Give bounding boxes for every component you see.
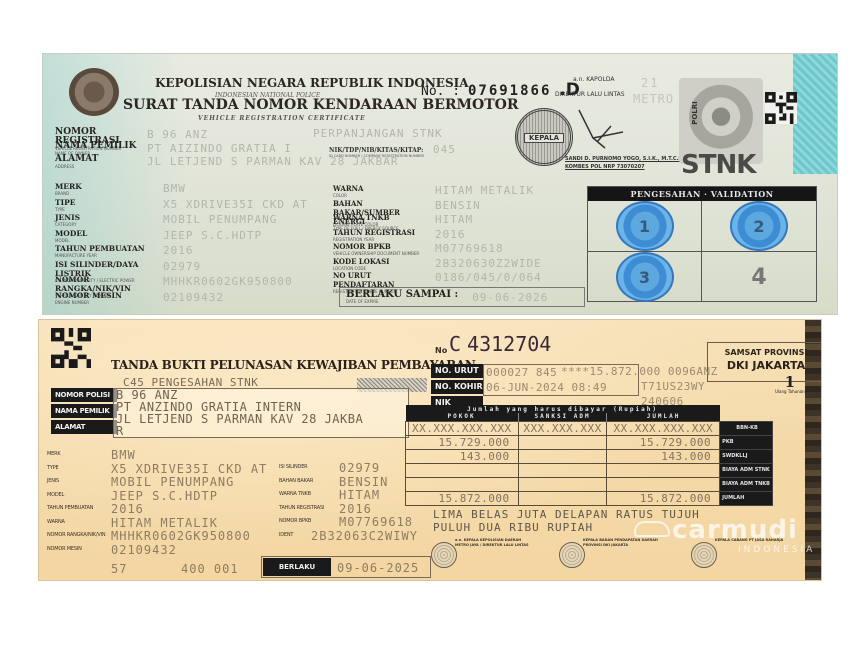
field-value: B 96 ANZ: [147, 128, 208, 141]
vehicle-value: 02979: [339, 461, 380, 475]
cell-jumlah: 143.000: [607, 449, 720, 463]
field-label: MODELMODEL: [55, 229, 157, 243]
payment-table: Jumlah yang harus dibayar (Rupiah) POKOK…: [405, 405, 773, 506]
qr-code-icon: [51, 328, 91, 368]
cell-sanksi: [518, 477, 607, 491]
cell-category: BBN-KB: [720, 421, 773, 435]
cell-jumlah: [607, 477, 720, 491]
column-sanksi: SANKSI ADM: [518, 413, 607, 421]
field-label: TAHUN PEMBUATANMANUFACTURE YEAR: [55, 244, 157, 258]
cell-jumlah: 15.872.000: [607, 491, 720, 505]
vehicle-value: 2016: [111, 502, 144, 516]
vehicle-value: X5 XDRIVE35I CKD AT: [111, 462, 267, 476]
vehicle-label: TAHUN PEMBUATAN: [47, 505, 93, 511]
cell-pokok: [406, 477, 519, 491]
vehicle-value: 2B32063C2WIWY: [311, 529, 418, 543]
payment-table-banner: Jumlah yang harus dibayar (Rupiah): [406, 405, 720, 413]
vehicle-value: HITAM: [339, 488, 380, 502]
field-value: 2B320630Z2WIDE: [435, 257, 542, 270]
vehicle-value: M07769618: [339, 515, 413, 529]
vehicle-field: KODE LOKASILOCATION CODE 2B320630Z2WIDE: [333, 257, 542, 271]
no-kohir-value: 06-JUN-2024 08:49: [484, 380, 638, 395]
label-nomor-polisi: NOMOR POLISI: [51, 388, 117, 402]
validation-stamp-icon: 3: [616, 252, 674, 302]
issuing-official: a.n. KAPOLDA DIREKTUR LALU LINTAS: [555, 76, 625, 98]
field-label: KODE LOKASILOCATION CODE: [333, 257, 431, 271]
vehicle-value: MOBIL PENUMPANG: [111, 475, 234, 489]
vehicle-field: TAHUN PEMBUATANMANUFACTURE YEAR 2016: [55, 244, 194, 258]
car-icon: [634, 521, 670, 537]
field-value: X5 XDRIVE35I CKD AT: [163, 198, 308, 211]
registration-type-number: 1: [775, 375, 805, 389]
table-row: BIAYA ADM STNK: [406, 463, 773, 477]
table-row: 143.000 143.000 SWDKLLJ: [406, 449, 773, 463]
signature-revenue-agency: KEPALA BADAN PENDAPATAN DAERAH PROVINSI …: [559, 538, 669, 568]
validation-stamp-icon: 1: [616, 201, 674, 251]
cell-pokok: 143.000: [406, 449, 519, 463]
vehicle-label: IDENT: [279, 532, 293, 538]
cell-jumlah: XX.XXX.XXX.XXX: [607, 421, 720, 435]
column-jumlah: JUMLAH: [607, 413, 720, 421]
field-value: PT AIZINDO GRATIA I: [147, 142, 292, 155]
validation-cell: 2: [702, 201, 816, 252]
signature-icon: [575, 108, 635, 158]
valid-until-box: BERLAKU SAMPAI :DATE OF EXPIRE 09-06-202…: [339, 287, 585, 307]
vehicle-value: BENSIN: [339, 475, 388, 489]
cell-sanksi: [518, 463, 607, 477]
vehicle-label: NOMOR MESIN: [47, 546, 82, 552]
vehicle-value: 02109432: [111, 543, 177, 557]
validation-cell: 3: [588, 252, 702, 302]
vehicle-label: MODEL: [47, 492, 64, 498]
valid-until-value: 09-06-2026: [472, 291, 548, 304]
vehicle-field: TIPETYPE X5 XDRIVE35I CKD AT: [55, 198, 308, 212]
stamp-icon: [559, 542, 585, 568]
vehicle-field: JENISCATEGORY MOBIL PENUMPANG: [55, 213, 277, 227]
cell-sanksi: [518, 491, 607, 505]
table-row: XX.XXX.XXX.XXX XXX.XXX.XXX XX.XXX.XXX.XX…: [406, 421, 773, 435]
field-value: M07769618: [435, 242, 504, 255]
field-label: NOMOR MESINENGINE NUMBER: [55, 291, 157, 305]
field-label: JENISCATEGORY: [55, 213, 157, 227]
cell-category: BIAYA ADM TNKB: [720, 477, 773, 491]
field-value: 2016: [435, 228, 466, 241]
valid-until-value: 09-06-2025: [337, 561, 419, 575]
receipt-title: TANDA BUKTI PELUNASAN KEWAJIBAN PEMBAYAR…: [111, 358, 476, 372]
vehicle-field: NOMOR MESINENGINE NUMBER 02109432: [55, 291, 224, 305]
carmudi-watermark: carmudi INDONESIA: [672, 515, 798, 545]
samsat-line2: DKI JAKARTA: [708, 359, 822, 372]
vehicle-field: MODELMODEL JEEP S.C.HDTP: [55, 229, 262, 243]
cell-sanksi: XXX.XXX.XXX: [518, 421, 607, 435]
serial-label: No: [435, 346, 447, 355]
no-urut-extra: ****15.872.000 0096ANZ: [559, 364, 718, 379]
vehicle-label: NOMOR BPKB: [279, 518, 311, 524]
stamp-icon: [431, 542, 457, 568]
address-line-1: JL LETJEND S PARMAN KAV 28 JAKBA: [114, 413, 408, 425]
cell-pokok: 15.872.000: [406, 491, 519, 505]
valid-until-label: BERLAKU SAMPAI: [263, 558, 331, 576]
field-value: BENSIN: [435, 199, 481, 212]
vehicle-value: 2016: [339, 502, 372, 516]
vehicle-registration-certificate: KEPOLISIAN NEGARA REPUBLIK INDONESIA IND…: [42, 53, 838, 315]
vehicle-field: WARNA TNKBLICENSE PLATE COLOR HITAM: [333, 213, 473, 227]
label-alamat: ALAMAT: [51, 420, 117, 434]
footer-code-2: 400 001: [181, 562, 239, 576]
document-number-label: No. :: [421, 84, 460, 99]
cell-category: SWDKLLJ: [720, 449, 773, 463]
cell-sanksi: [518, 449, 607, 463]
security-strip: [793, 54, 837, 174]
validation-number: 4: [751, 265, 766, 290]
column-pokok: POKOK: [406, 413, 519, 421]
valid-until-label: BERLAKU SAMPAI :DATE OF EXPIRE: [346, 290, 458, 304]
field-label: TAHUN REGISTRASIREGISTRATION YEAR: [333, 228, 431, 242]
document-number-value: 07691866: [468, 83, 551, 99]
field-label: WARNACOLOR: [333, 184, 431, 198]
vehicle-label: BAHAN BAKAR: [279, 478, 313, 484]
polri-label: POLRI: [691, 101, 699, 125]
vehicle-value: BMW: [111, 448, 136, 462]
field-value: HITAM: [435, 213, 473, 226]
validation-table: PENGESAHAN · VALIDATION 1234: [587, 186, 817, 302]
validation-cell: 1: [588, 201, 702, 252]
vehicle-field: WARNACOLOR HITAM METALIK: [333, 184, 534, 198]
field-value: MHHKR0602GK950800: [163, 275, 293, 288]
cell-category: JUMLAH: [720, 491, 773, 505]
serial-value: 4312704: [467, 332, 551, 356]
table-row: 15.872.000 15.872.000 JUMLAH: [406, 491, 773, 505]
field-value: JEEP S.C.HDTP: [163, 229, 262, 242]
address-line-2: R: [114, 425, 408, 437]
vehicle-value: JEEP S.C.HDTP: [111, 489, 218, 503]
field-label: WARNA TNKBLICENSE PLATE COLOR: [333, 213, 431, 227]
label-nama-pemilik: NAMA PEMILIK: [51, 404, 117, 418]
vehicle-value: MHHKR0602GK950800: [111, 529, 251, 543]
qr-code-icon: [765, 92, 797, 124]
cell-category: BIAYA ADM STNK: [720, 463, 773, 477]
field-value: 02979: [163, 260, 201, 273]
document-title-en: VEHICLE REGISTRATION CERTIFICATE: [198, 115, 366, 122]
cell-jumlah: [607, 463, 720, 477]
vehicle-label: ISI SILINDER: [279, 464, 307, 470]
table-row: BIAYA ADM TNKB: [406, 477, 773, 491]
police-emblem-icon: [69, 68, 119, 116]
owner-box: B 96 ANZ PT ANZINDO GRATIA INTERN JL LET…: [113, 388, 409, 438]
footer-code-1: 57: [111, 562, 127, 576]
cell-pokok: 15.729.000: [406, 435, 519, 449]
nik-label: NIK/TDP/NIB/KITAS/KITAP:ID CARD NUMBER /…: [329, 147, 424, 158]
registration-type: 1 Ulang Tahunan: [775, 375, 805, 394]
vehicle-value: HITAM METALIK: [111, 516, 218, 530]
field-value: 02109432: [163, 291, 224, 304]
samsat-box: SAMSAT PROVINSI DKI JAKARTA: [707, 342, 822, 382]
vehicle-label: TYPE: [47, 465, 58, 471]
field-value: MOBIL PENUMPANG: [163, 213, 277, 226]
signer: SANDI D. PURNOMO YOGO, S.I.K., M.T.C.P. …: [565, 155, 683, 171]
cell-jumlah: 15.729.000: [607, 435, 720, 449]
vehicle-field: TAHUN REGISTRASIREGISTRATION YEAR 2016: [333, 228, 466, 242]
print-note: PERPANJANGAN STNK: [313, 127, 443, 140]
field-value: HITAM METALIK: [435, 184, 534, 197]
validation-cell: 4: [702, 252, 816, 302]
label-no-kohir: NO. KOHIR: [431, 380, 483, 394]
registration-type-label: Ulang Tahunan: [775, 389, 805, 394]
vehicle-label: TAHUN REGISTRASI: [279, 505, 324, 511]
field-value: BMW: [163, 182, 186, 195]
validation-stamp-icon: 2: [730, 201, 788, 251]
vehicle-label: NOMOR RANGKA/NIK/VIN: [47, 532, 105, 538]
vehicle-label: MERK: [47, 451, 60, 457]
nik-value: 045: [433, 143, 456, 156]
stnk-mark: STNK: [681, 150, 755, 180]
validation-grid: 1234: [588, 201, 816, 302]
vehicle-field: NOMOR BPKBVEHICLE OWNERSHIP DOCUMENT NUM…: [333, 242, 504, 256]
field-value: 2016: [163, 244, 194, 257]
field-label: NOMOR BPKBVEHICLE OWNERSHIP DOCUMENT NUM…: [333, 242, 431, 256]
owner-labels: NOMOR POLISI NAMA PEMILIK ALAMAT: [51, 388, 117, 436]
field-label: ALAMATADDRESS: [55, 155, 141, 169]
stamp-icon: [691, 542, 717, 568]
cell-sanksi: [518, 435, 607, 449]
vehicle-label: JENIS: [47, 478, 59, 484]
cell-category: PKB: [720, 435, 773, 449]
serial-number: C4312704: [449, 332, 551, 356]
date-stamp: 21: [641, 76, 659, 90]
serial-prefix: C: [449, 332, 461, 356]
samsat-line1: SAMSAT PROVINSI: [708, 348, 822, 357]
no-kohir-extra: T71US23WY: [639, 379, 705, 394]
table-row: 15.729.000 15.729.000 PKB: [406, 435, 773, 449]
label-no-urut: NO. URUT: [431, 364, 483, 378]
vehicle-label: WARNA TNKB: [279, 491, 311, 497]
cell-pokok: XX.XXX.XXX.XXX: [406, 421, 519, 435]
signature-police: a.n. KEPALA KEPOLISIAN DAERAH METRO JAYA…: [431, 538, 541, 568]
field-label: MERKBRAND: [55, 182, 157, 196]
cell-pokok: [406, 463, 519, 477]
vehicle-field: MERKBRAND BMW: [55, 182, 186, 196]
vehicle-label: WARNA: [47, 519, 65, 525]
validation-header: PENGESAHAN · VALIDATION: [588, 187, 816, 201]
field-value: 0186/045/0/064: [435, 271, 542, 284]
field-label: TIPETYPE: [55, 198, 157, 212]
